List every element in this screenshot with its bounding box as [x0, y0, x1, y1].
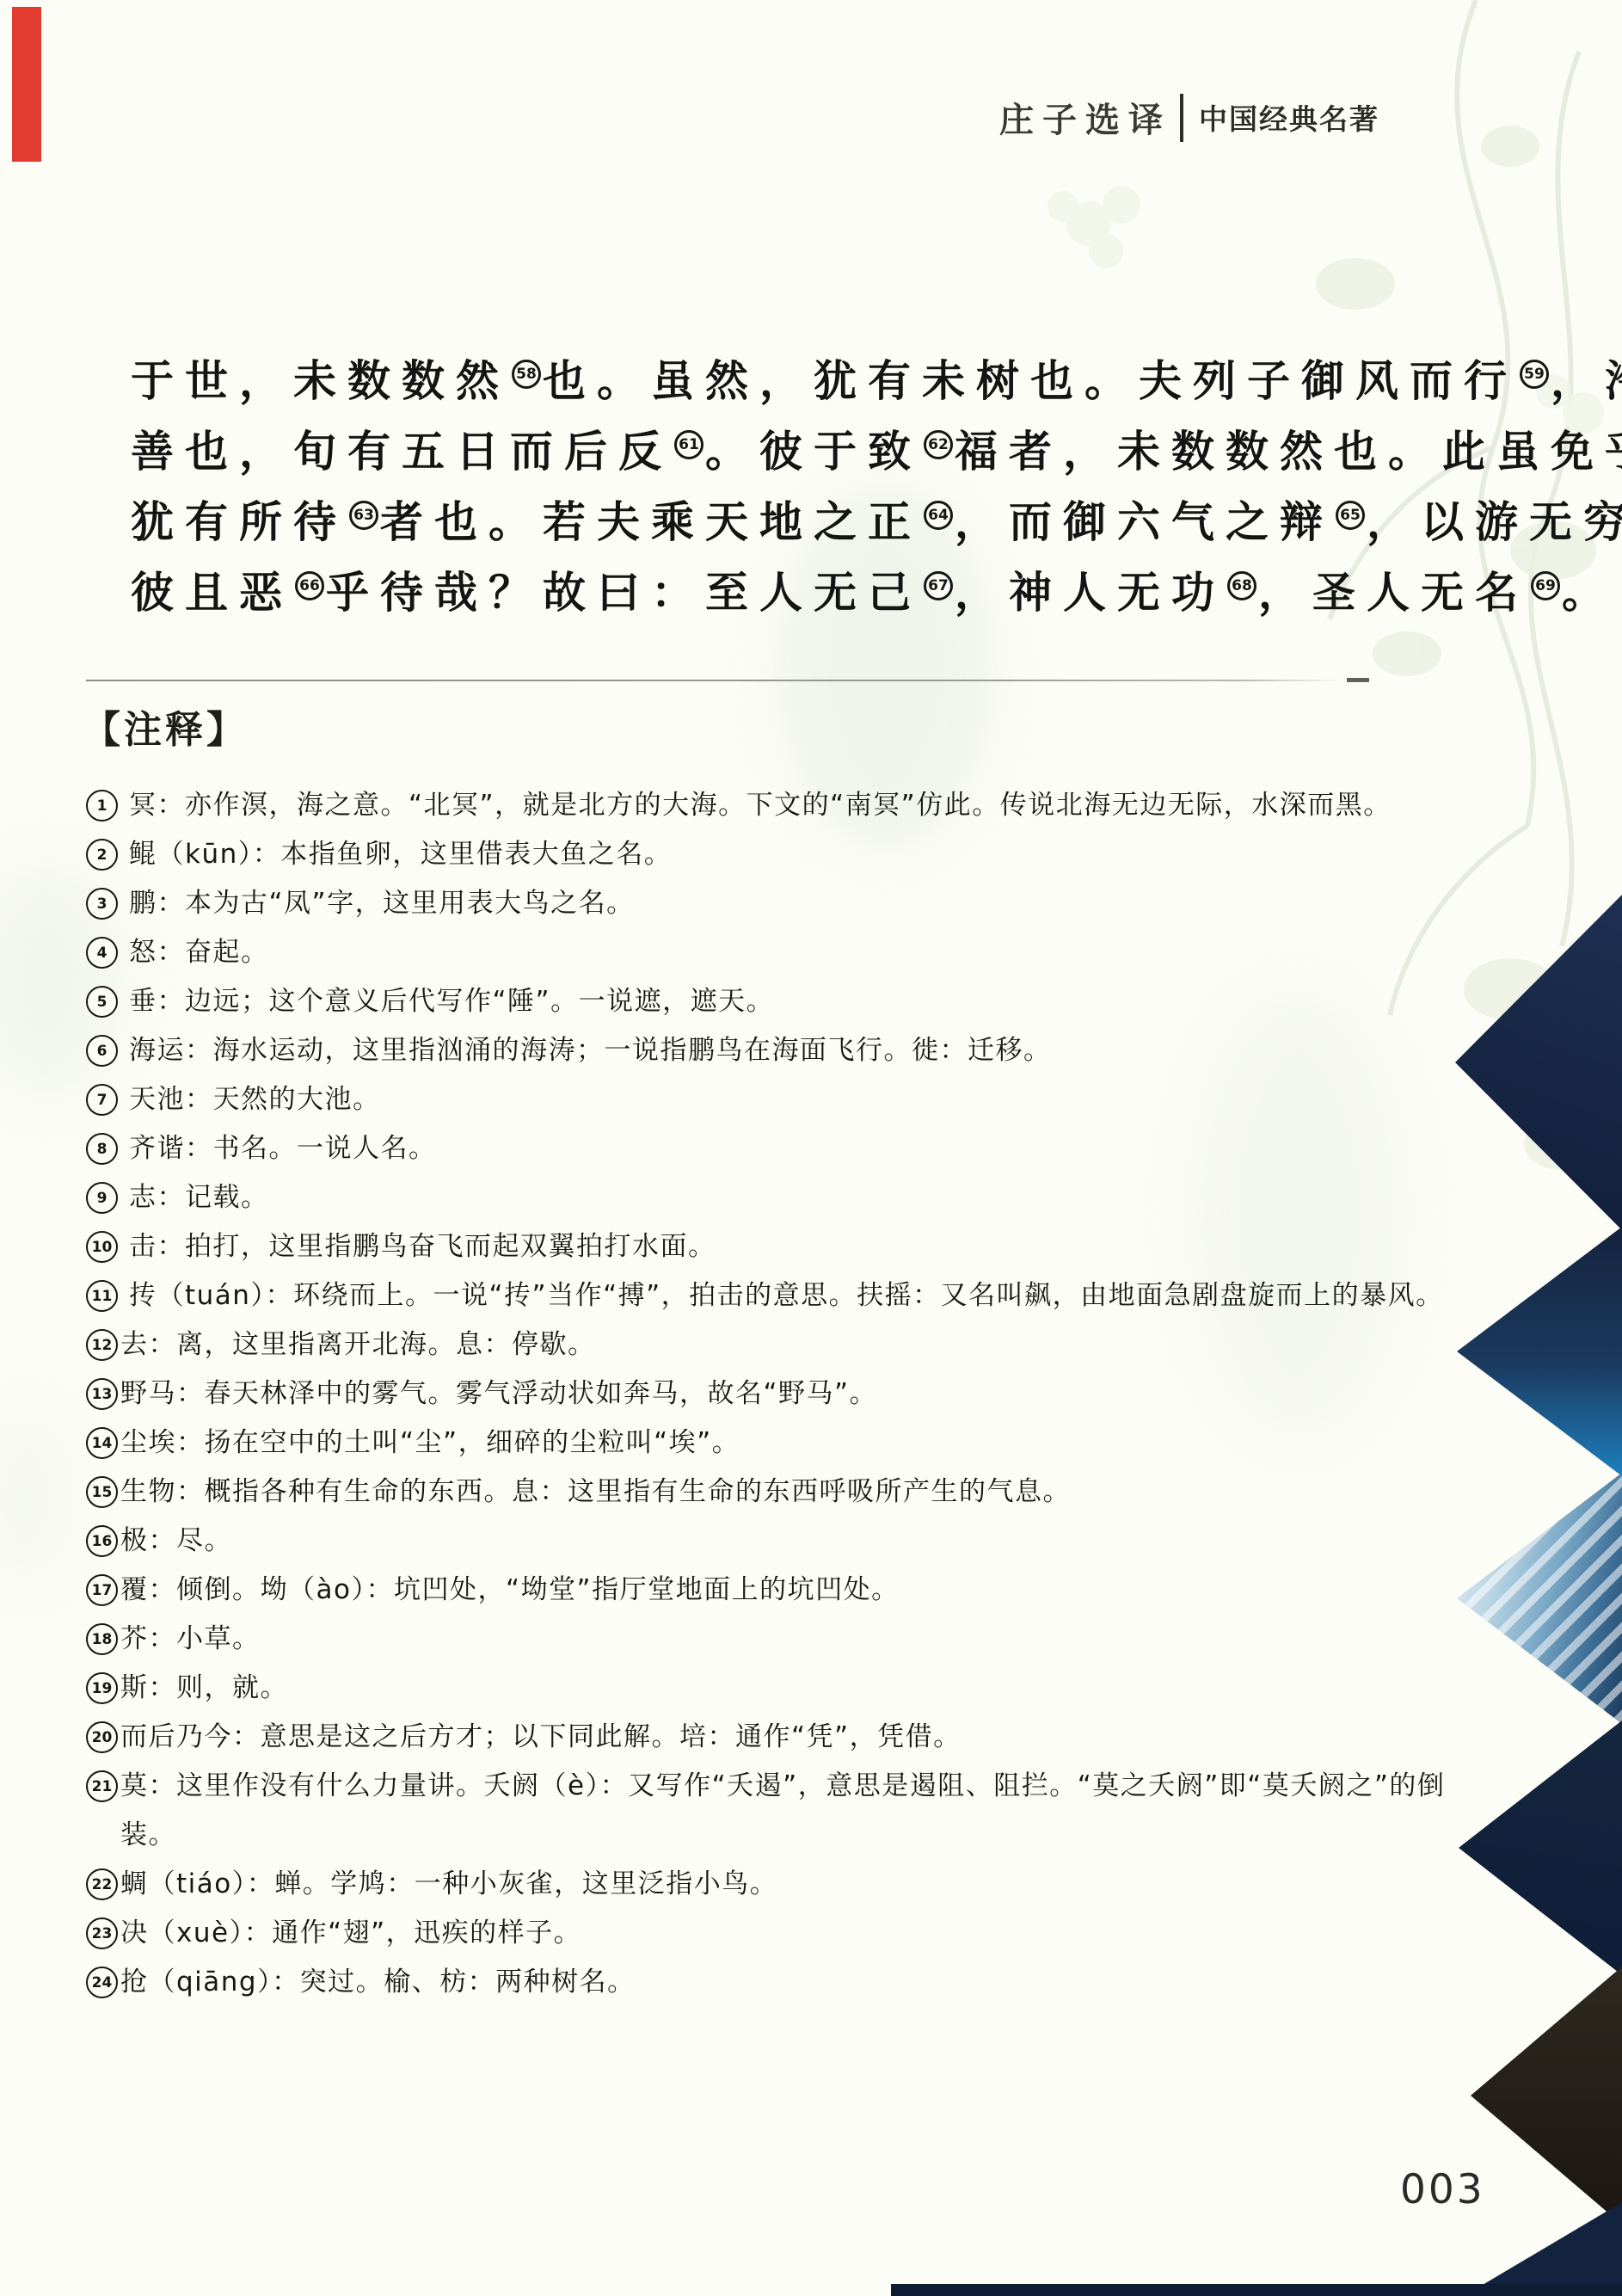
- notes-list: 1冥：亦作溟，海之意。“北冥”，就是北方的大海。下文的“南冥”仿此。传说北海无边…: [86, 781, 1462, 2007]
- annotation-number: 14: [86, 1427, 118, 1459]
- corner-triangle-navy-2: [1450, 1720, 1622, 1975]
- main-text-segment: 犹有所待: [131, 496, 347, 547]
- main-text-segment: 。彼于致: [705, 426, 922, 477]
- annotation-item: 6海运：海水运动，这里指汹涌的海涛；一说指鹏鸟在海面飞行。徙：迁移。: [86, 1026, 1462, 1075]
- main-text-line: 犹有所待63者也。若夫乘天地之正64，而御六气之辩65，以游无穷者，: [131, 487, 1507, 557]
- annotation-item: 21莫：这里作没有什么力量讲。夭阏（è）：又写作“夭遏”，意思是遏阻、阻拦。“莫…: [86, 1762, 1462, 1860]
- annotation-ref-number: 63: [349, 501, 378, 530]
- annotation-number: 23: [86, 1917, 118, 1949]
- annotation-ref-number: 62: [924, 430, 953, 459]
- main-text-segment: 者也。若夫乘天地之正: [380, 496, 922, 547]
- annotation-text: 鹏：本为古“凤”字，这里用表大鸟之名。: [129, 879, 635, 928]
- background-leaf-blob: [0, 1411, 77, 1583]
- notes-section-heading: 【注释】: [83, 699, 248, 754]
- annotation-text: 志：记载。: [129, 1173, 269, 1222]
- annotation-text: 垂：边远；这个意义后代写作“陲”。一说遮，遮天。: [129, 977, 774, 1026]
- annotation-item: 13野马：春天林泽中的雾气。雾气浮动状如奔马，故名“野马”。: [86, 1370, 1462, 1419]
- annotation-number: 10: [86, 1231, 118, 1263]
- annotation-text: 野马：春天林泽中的雾气。雾气浮动状如奔马，故名“野马”。: [120, 1370, 877, 1419]
- annotation-number: 8: [86, 1133, 118, 1165]
- annotation-number: 15: [86, 1476, 118, 1508]
- annotation-item: 16极：尽。: [86, 1517, 1462, 1566]
- annotation-item: 11抟（tuán）：环绕而上。一说“抟”当作“搏”，拍击的意思。扶摇：又名叫飙，…: [86, 1271, 1462, 1320]
- annotation-number: 21: [86, 1770, 118, 1802]
- main-text-line: 善也，旬有五日而后反61。彼于致62福者，未数数然也。此虽免乎行，: [131, 416, 1507, 487]
- annotation-text: 抟（tuán）：环绕而上。一说“抟”当作“搏”，拍击的意思。扶摇：又名叫飙，由地…: [129, 1271, 1444, 1320]
- annotation-ref-number: 61: [674, 430, 703, 459]
- page-header: 庄子选译 中国经典名著: [999, 93, 1379, 142]
- corner-triangle-wave-photo: [1450, 1473, 1622, 1724]
- page-number: 003: [1400, 2166, 1485, 2213]
- annotation-item: 17覆：倾倒。坳（ào）：坑凹处，“坳堂”指厅堂地面上的坑凹处。: [86, 1566, 1462, 1615]
- main-text-segment: 乎待哉？故曰：至人无己: [326, 567, 922, 618]
- annotation-number: 19: [86, 1672, 118, 1704]
- main-text-segment: ，而御六气之辩: [955, 496, 1334, 547]
- section-divider-end-dash: [1347, 678, 1369, 682]
- annotation-item: 19斯：则，就。: [86, 1664, 1462, 1713]
- annotation-text: 去：离，这里指离开北海。息：停歇。: [120, 1320, 596, 1370]
- annotation-number: 24: [86, 1967, 118, 1998]
- annotation-item: 23决（xuè）：通作“翅”，迅疾的样子。: [86, 1909, 1462, 1958]
- main-text-segment: ，以游无穷者，: [1367, 496, 1622, 547]
- annotation-text: 斯：则，就。: [120, 1664, 288, 1713]
- annotation-text: 鲲（kūn）：本指鱼卵，这里借表大鱼之名。: [129, 830, 672, 879]
- main-text-line: 于世，未数数然58也。虽然，犹有未树也。夫列子御风而行59，泠然60: [131, 346, 1507, 416]
- main-text-segment: ，圣人无名: [1258, 567, 1529, 618]
- annotation-number: 13: [86, 1378, 118, 1410]
- annotation-item: 10击：拍打，这里指鹏鸟奋飞而起双翼拍打水面。: [86, 1222, 1462, 1271]
- main-text-segment: ，神人无功: [955, 567, 1226, 618]
- annotation-number: 1: [86, 790, 118, 822]
- header-divider-line: [1180, 94, 1183, 142]
- main-text-segment: 也。虽然，犹有未树也。夫列子御风而行: [543, 355, 1518, 406]
- annotation-ref-number: 69: [1531, 571, 1560, 600]
- annotation-text: 怒：奋起。: [129, 928, 269, 977]
- annotation-ref-number: 67: [924, 571, 953, 600]
- right-edge-triangle-decoration: [1450, 886, 1622, 2296]
- annotation-number: 11: [86, 1280, 118, 1312]
- main-text-segment: 于世，未数数然: [131, 355, 510, 406]
- annotation-text: 海运：海水运动，这里指汹涌的海涛；一说指鹏鸟在海面飞行。徙：迁移。: [129, 1026, 1052, 1075]
- annotation-item: 1冥：亦作溟，海之意。“北冥”，就是北方的大海。下文的“南冥”仿此。传说北海无边…: [86, 781, 1462, 830]
- annotation-text: 莫：这里作没有什么力量讲。夭阏（è）：又写作“夭遏”，意思是遏阻、阻拦。“莫之夭…: [120, 1762, 1462, 1860]
- annotation-text: 抢（qiāng）：突过。榆、枋：两种树名。: [120, 1958, 636, 2007]
- annotation-ref-number: 59: [1520, 360, 1549, 389]
- annotation-item: 9志：记载。: [86, 1173, 1462, 1222]
- annotation-item: 7天池：天然的大池。: [86, 1075, 1462, 1124]
- annotation-number: 6: [86, 1035, 118, 1067]
- main-text-segment: ，泠然: [1551, 355, 1622, 406]
- annotation-item: 24抢（qiāng）：突过。榆、枋：两种树名。: [86, 1958, 1462, 2007]
- annotation-ref-number: 58: [512, 360, 541, 389]
- corner-triangle-navy-1: [1450, 895, 1622, 1230]
- annotation-text: 蜩（tiáo）：蝉。学鸠：一种小灰雀，这里泛指小鸟。: [120, 1860, 777, 1909]
- annotation-ref-number: 65: [1336, 501, 1365, 530]
- book-page: 庄子选译 中国经典名著 于世，未数数然58也。虽然，犹有未树也。夫列子御风而行5…: [0, 0, 1622, 2296]
- annotation-item: 18芥：小草。: [86, 1615, 1462, 1664]
- annotation-text: 击：拍打，这里指鹏鸟奋飞而起双翼拍打水面。: [129, 1222, 716, 1271]
- main-text-block: 于世，未数数然58也。虽然，犹有未树也。夫列子御风而行59，泠然60善也，旬有五…: [131, 346, 1507, 628]
- annotation-item: 2鲲（kūn）：本指鱼卵，这里借表大鱼之名。: [86, 830, 1462, 879]
- series-title: 中国经典名著: [1199, 97, 1379, 138]
- main-text-segment: 善也，旬有五日而后反: [131, 426, 673, 477]
- annotation-number: 4: [86, 937, 118, 969]
- annotation-text: 覆：倾倒。坳（ào）：坑凹处，“坳堂”指厅堂地面上的坑凹处。: [120, 1566, 900, 1615]
- annotation-text: 极：尽。: [120, 1517, 232, 1566]
- annotation-ref-number: 68: [1227, 571, 1256, 600]
- annotation-number: 5: [86, 986, 118, 1018]
- annotation-number: 7: [86, 1084, 118, 1116]
- annotation-number: 9: [86, 1182, 118, 1214]
- annotation-item: 12去：离，这里指离开北海。息：停歇。: [86, 1320, 1462, 1370]
- annotation-text: 生物：概指各种有生命的东西。息：这里指有生命的东西呼吸所产生的气息。: [120, 1468, 1071, 1517]
- bottom-edge-strip: [891, 2284, 1622, 2296]
- annotation-number: 22: [86, 1868, 118, 1900]
- annotation-item: 14尘埃：扬在空中的土叫“尘”，细碎的尘粒叫“埃”。: [86, 1419, 1462, 1468]
- annotation-text: 决（xuè）：通作“翅”，迅疾的样子。: [120, 1909, 581, 1958]
- corner-triangle-bottom: [1450, 2202, 1622, 2296]
- red-corner-mark: [12, 7, 41, 162]
- annotation-number: 2: [86, 839, 118, 871]
- annotation-item: 15生物：概指各种有生命的东西。息：这里指有生命的东西呼吸所产生的气息。: [86, 1468, 1462, 1517]
- annotation-ref-number: 64: [924, 501, 953, 530]
- annotation-number: 18: [86, 1623, 118, 1655]
- annotation-item: 8齐谐：书名。一说人名。: [86, 1124, 1462, 1173]
- annotation-text: 而后乃今：意思是这之后方才；以下同此解。培：通作“凭”，凭借。: [120, 1713, 962, 1762]
- annotation-text: 尘埃：扬在空中的土叫“尘”，细碎的尘粒叫“埃”。: [120, 1419, 740, 1468]
- book-title: 庄子选译: [999, 93, 1171, 142]
- annotation-text: 天池：天然的大池。: [129, 1075, 381, 1124]
- annotation-ref-number: 66: [295, 571, 324, 600]
- annotation-item: 22蜩（tiáo）：蝉。学鸠：一种小灰雀，这里泛指小鸟。: [86, 1860, 1462, 1909]
- corner-triangle-navy-blue: [1450, 1227, 1622, 1476]
- annotation-number: 12: [86, 1329, 118, 1361]
- annotation-number: 17: [86, 1574, 118, 1606]
- main-text-line: 彼且恶66乎待哉？故曰：至人无己67，神人无功68，圣人无名69。: [131, 557, 1507, 628]
- annotation-text: 齐谐：书名。一说人名。: [129, 1124, 437, 1173]
- annotation-number: 20: [86, 1721, 118, 1753]
- annotation-number: 3: [86, 888, 118, 920]
- section-divider-rule: [86, 680, 1343, 681]
- annotation-item: 20而后乃今：意思是这之后方才；以下同此解。培：通作“凭”，凭借。: [86, 1713, 1462, 1762]
- annotation-item: 3鹏：本为古“凤”字，这里用表大鸟之名。: [86, 879, 1462, 928]
- annotation-number: 16: [86, 1525, 118, 1557]
- main-text-segment: 彼且恶: [131, 567, 293, 618]
- annotation-text: 芥：小草。: [120, 1615, 261, 1664]
- main-text-segment: 。: [1562, 567, 1616, 618]
- annotation-item: 4怒：奋起。: [86, 928, 1462, 977]
- annotation-item: 5垂：边远；这个意义后代写作“陲”。一说遮，遮天。: [86, 977, 1462, 1026]
- main-text-segment: 福者，未数数然也。此虽免乎行，: [955, 426, 1622, 477]
- annotation-text: 冥：亦作溟，海之意。“北冥”，就是北方的大海。下文的“南冥”仿此。传说北海无边无…: [129, 781, 1392, 830]
